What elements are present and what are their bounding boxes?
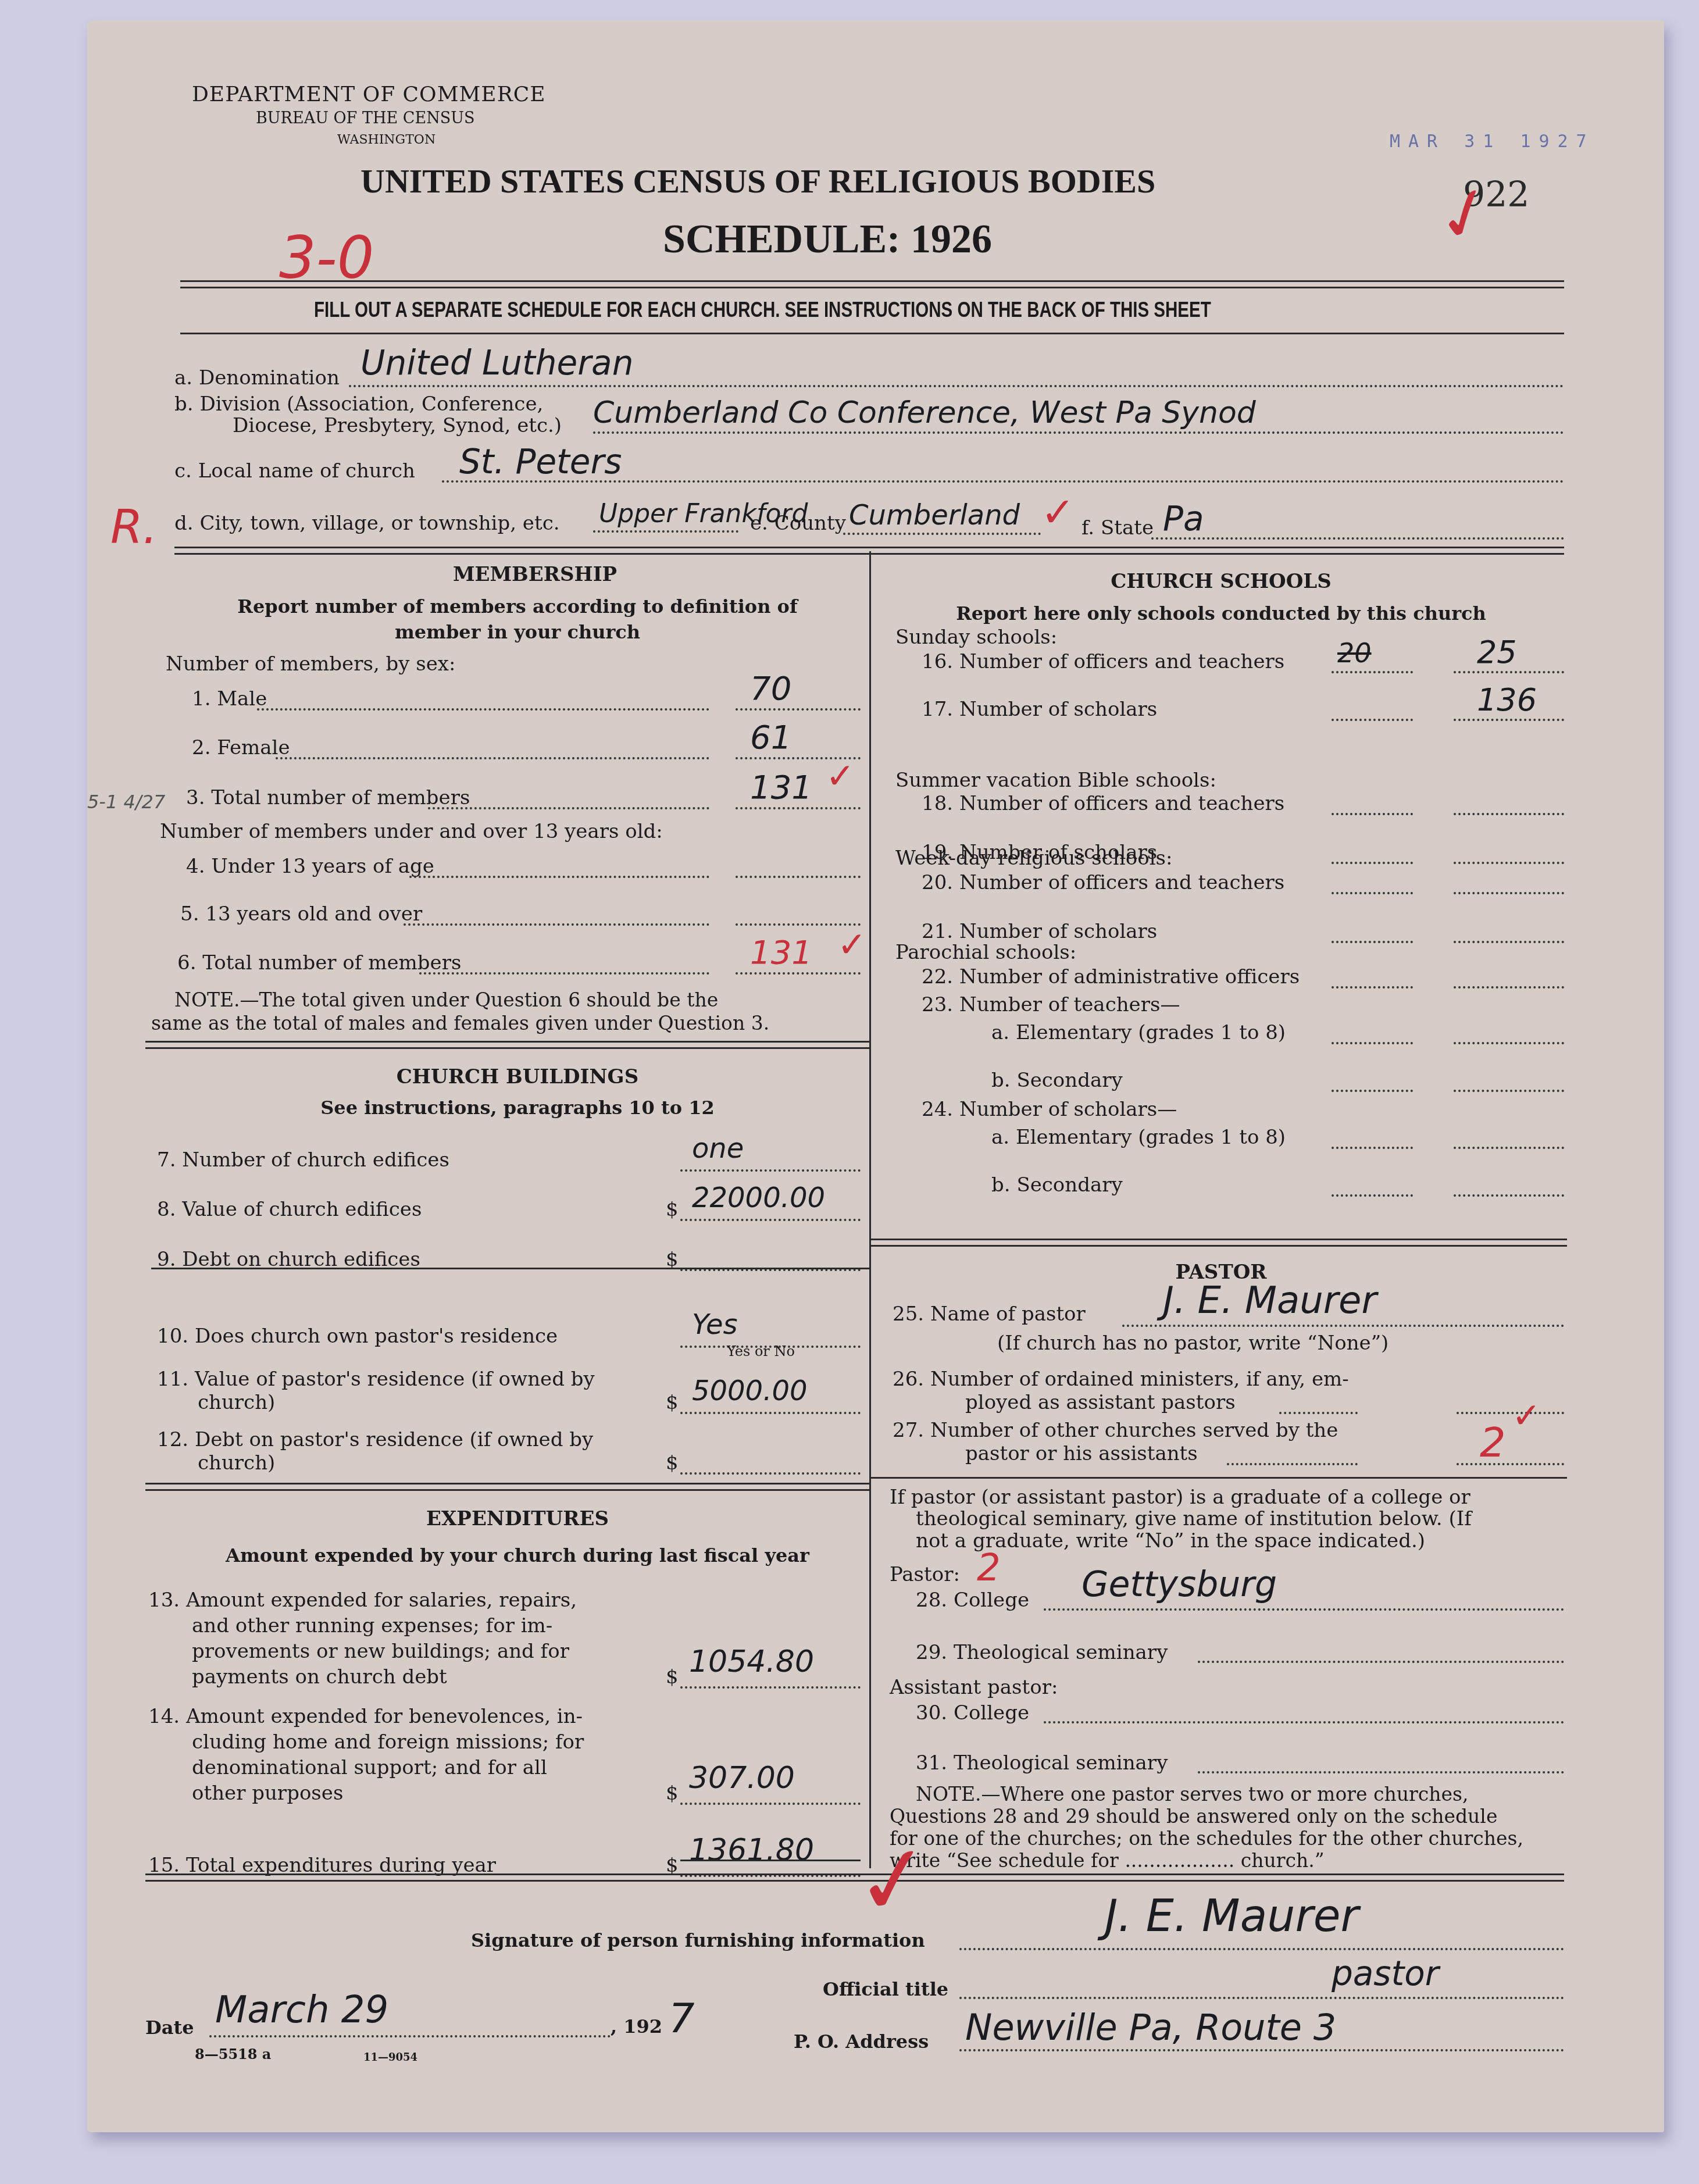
school-item-label: 17. Number of scholars	[922, 698, 1157, 721]
assistant-college-label: 30. College	[916, 1701, 1029, 1725]
membership-item-field[interactable]	[736, 807, 861, 809]
other-churches-label-1: 27. Number of other churches served by t…	[893, 1419, 1338, 1442]
expenditure-item-label: 13. Amount expended for salaries, repair…	[148, 1589, 577, 1612]
checkmark-icon: ✓	[1512, 1396, 1541, 1436]
building-item-label: 10. Does church own pastor's residence	[157, 1325, 558, 1348]
official-title-field[interactable]	[959, 1997, 1564, 1999]
currency-sign: $	[666, 1198, 679, 1221]
margin-r-mark: R.	[110, 500, 158, 554]
county-label: e. County	[750, 512, 846, 535]
school-item-label: b. Secondary	[991, 1173, 1123, 1197]
county-field[interactable]	[843, 533, 1041, 535]
college-label: 28. College	[916, 1589, 1029, 1612]
expenditure-item-field[interactable]	[680, 1686, 861, 1689]
pastor-name-value[interactable]: J. E. Maurer	[1163, 1279, 1377, 1322]
church-schools-subheading: Report here only schools conducted by th…	[872, 602, 1570, 624]
membership-item-label: 6. Total number of members	[177, 951, 461, 975]
assistant-seminary-label: 31. Theological seminary	[916, 1751, 1168, 1775]
leader-dots	[1332, 671, 1413, 673]
school-item-field[interactable]	[1454, 1042, 1564, 1044]
building-item-value[interactable]: 5000.00	[692, 1375, 808, 1407]
membership-item-label: 3. Total number of members	[186, 786, 470, 809]
expenditures-heading: EXPENDITURES	[174, 1507, 861, 1530]
building-item-value[interactable]: 22000.00	[692, 1182, 825, 1214]
sum-line	[680, 1860, 861, 1861]
leader-dots	[428, 807, 709, 809]
checkmark-icon: ✓	[1041, 488, 1075, 536]
school-item-value[interactable]: 136	[1477, 681, 1537, 718]
school-item-field[interactable]	[1454, 813, 1564, 815]
membership-item-label: 5. 13 years old and over	[180, 902, 422, 926]
pastor-note-3: for one of the churches; on the schedule…	[890, 1827, 1523, 1850]
leader-dots	[1227, 1463, 1358, 1465]
expenditure-item-value[interactable]: 1054.80	[689, 1644, 814, 1679]
school-item-label: 20. Number of officers and teachers	[922, 871, 1284, 894]
county-value[interactable]: Cumberland	[849, 499, 1020, 531]
school-item-label: a. Elementary (grades 1 to 8)	[991, 1021, 1286, 1044]
leader-dots	[1332, 1147, 1413, 1149]
assistant-ministers-label-1: 26. Number of ordained ministers, if any…	[893, 1368, 1349, 1391]
leader-dots	[404, 923, 709, 926]
membership-item-value[interactable]: 131	[750, 934, 812, 972]
official-title-label: Official title	[823, 1978, 948, 2000]
school-item-field[interactable]	[1454, 892, 1564, 894]
leader-dots	[1332, 862, 1413, 864]
currency-sign: $	[666, 1391, 679, 1414]
building-item-label: 8. Value of church edifices	[157, 1198, 422, 1221]
leader-dots	[1332, 1042, 1413, 1044]
currency-sign: $	[666, 1665, 679, 1689]
checkmark-icon: ✓	[848, 1821, 940, 1940]
building-item-value[interactable]: Yes	[692, 1308, 738, 1341]
school-item-label: 24. Number of scholars—	[922, 1098, 1177, 1121]
pastor-note-4: write “See schedule for ................…	[890, 1849, 1325, 1872]
state-value[interactable]: Pa	[1163, 499, 1204, 538]
other-churches-field[interactable]	[1457, 1463, 1564, 1465]
division-label-2: Diocese, Presbytery, Synod, etc.)	[233, 414, 562, 437]
membership-note-1: NOTE.—The total given under Question 6 s…	[174, 988, 718, 1011]
school-item-label: b. Secondary	[991, 1069, 1123, 1092]
building-item-label-cont: church)	[198, 1451, 275, 1475]
church-schools-heading: CHURCH SCHOOLS	[872, 570, 1570, 593]
leader-dots	[1332, 1194, 1413, 1197]
division-field[interactable]	[593, 431, 1564, 434]
building-item-label-cont: church)	[198, 1391, 275, 1414]
divider	[869, 1477, 1567, 1479]
leader-dots	[1332, 941, 1413, 943]
assistant-ministers-field[interactable]	[1457, 1412, 1564, 1414]
school-item-label: 16. Number of officers and teachers	[922, 650, 1284, 673]
expenditure-item-field[interactable]	[680, 1803, 861, 1805]
pastor-note-2: Questions 28 and 29 should be answered o…	[890, 1805, 1497, 1828]
denomination-value[interactable]: United Lutheran	[360, 343, 633, 383]
graduate-instructions-2: theological seminary, give name of insti…	[916, 1507, 1472, 1530]
leader-dots	[1332, 1090, 1413, 1092]
school-item-label: 21. Number of scholars	[922, 920, 1157, 943]
currency-sign: $	[666, 1782, 679, 1805]
school-group-label: Sunday schools:	[895, 626, 1057, 649]
expenditure-item-label: and other running expenses; for im-	[192, 1614, 552, 1637]
schools-divider	[869, 1239, 1567, 1247]
print-code: 11—9054	[363, 2051, 417, 2064]
received-date-stamp: MAR 31 1927	[1390, 131, 1595, 152]
leader-dots	[409, 876, 709, 878]
official-title-value[interactable]: pastor	[1332, 1954, 1439, 1993]
building-item-value[interactable]: one	[692, 1132, 744, 1165]
school-item-label: 22. Number of administrative officers	[922, 965, 1300, 988]
leader-dots	[1332, 892, 1413, 894]
building-item-field[interactable]	[680, 1219, 861, 1221]
school-item-field[interactable]	[1454, 1147, 1564, 1149]
building-item-field[interactable]	[680, 1169, 861, 1172]
expenditure-item-label: payments on church debt	[192, 1665, 447, 1689]
seminary-field[interactable]	[1198, 1661, 1564, 1663]
school-item-field[interactable]	[1454, 671, 1564, 673]
school-group-label: Summer vacation Bible schools:	[895, 769, 1216, 792]
divider	[151, 1268, 869, 1269]
school-item-field[interactable]	[1454, 1090, 1564, 1092]
assistant-college-field[interactable]	[1044, 1721, 1564, 1723]
membership-item-field[interactable]	[736, 708, 861, 711]
membership-subheading-2: member in your church	[174, 621, 861, 643]
signature-label: Signature of person furnishing informati…	[471, 1929, 925, 1951]
division-label-1: b. Division (Association, Conference,	[174, 392, 543, 416]
form-code: 8—5518 a	[195, 2046, 271, 2062]
membership-item-field[interactable]	[736, 972, 861, 975]
school-item-field[interactable]	[1454, 862, 1564, 864]
expenditure-item-value[interactable]: 1361.80	[689, 1833, 814, 1868]
school-item-label: 19. Number of scholars	[922, 841, 1157, 864]
city-town-field[interactable]	[593, 530, 738, 533]
expenditure-item-label: other purposes	[192, 1782, 343, 1805]
pastor-subsection-label: Pastor:	[890, 1563, 960, 1586]
assistant-ministers-label-2: ployed as assistant pastors	[965, 1391, 1236, 1414]
pastor-name-field[interactable]	[1122, 1325, 1564, 1327]
schedule-title: SCHEDULE: 1926	[663, 216, 992, 263]
leader-dots	[1332, 813, 1413, 815]
other-churches-value[interactable]: 2	[1480, 1419, 1506, 1466]
school-item-label: a. Elementary (grades 1 to 8)	[991, 1126, 1286, 1149]
po-address-field[interactable]	[959, 2049, 1564, 2051]
graduate-instructions-1: If pastor (or assistant pastor) is a gra…	[890, 1486, 1470, 1509]
denomination-field[interactable]	[349, 385, 1564, 387]
membership-item-label: 4. Under 13 years of age	[186, 855, 434, 878]
church-buildings-subheading: See instructions, paragraphs 10 to 12	[174, 1097, 861, 1119]
struck-value: 20	[1337, 637, 1372, 669]
college-field[interactable]	[1044, 1608, 1564, 1611]
membership-subheading-1: Report number of members according to de…	[174, 595, 861, 618]
pastor-name-label: 25. Name of pastor	[893, 1302, 1086, 1326]
membership-heading: MEMBERSHIP	[273, 563, 797, 586]
instructions-banner: FILL OUT A SEPARATE SCHEDULE FOR EACH CH…	[314, 298, 1211, 322]
checkmark-icon: ✓	[826, 756, 855, 797]
membership-item-field[interactable]	[736, 876, 861, 878]
signature-field[interactable]	[959, 1948, 1564, 1950]
church-buildings-heading: CHURCH BUILDINGS	[174, 1065, 861, 1089]
column-divider	[869, 551, 871, 1868]
school-item-label: 18. Number of officers and teachers	[922, 792, 1284, 815]
by-sex-label: Number of members, by sex:	[166, 652, 455, 676]
membership-divider	[145, 1041, 869, 1049]
expenditure-item-value[interactable]: 307.00	[689, 1761, 795, 1796]
date-field[interactable]	[209, 2035, 611, 2037]
expenditure-item-label: denominational support; and for all	[192, 1756, 547, 1779]
date-value[interactable]: March 29	[215, 1989, 388, 2032]
signature-value[interactable]: J. E. Maurer	[1105, 1890, 1359, 1942]
leader-dots	[1332, 719, 1413, 721]
school-item-field[interactable]	[1454, 986, 1564, 988]
membership-item-value[interactable]: 61	[750, 719, 791, 756]
city-town-label: d. City, town, village, or township, etc…	[174, 512, 560, 535]
building-item-label: 11. Value of pastor's residence (if owne…	[157, 1368, 595, 1391]
year-prefix: , 192	[611, 2015, 662, 2037]
leader-dots	[1279, 1412, 1358, 1414]
membership-note-2: same as the total of males and females g…	[151, 1012, 769, 1034]
pastor-note-1: NOTE.—Where one pastor serves two or mor…	[916, 1783, 1469, 1805]
year-value[interactable]: 7	[669, 1994, 695, 2042]
building-item-field[interactable]	[680, 1472, 861, 1475]
division-value[interactable]: Cumberland Co Conference, West Pa Synod	[593, 395, 1256, 430]
divider	[180, 333, 1564, 334]
membership-item-label: 1. Male	[192, 687, 267, 711]
leader-dots	[1332, 986, 1413, 988]
membership-item-value[interactable]: 70	[750, 670, 791, 708]
assistant-pastor-label: Assistant pastor:	[890, 1676, 1058, 1699]
header-divider	[180, 280, 1564, 288]
local-name-value[interactable]: St. Peters	[459, 442, 622, 481]
building-item-label: 7. Number of church edifices	[157, 1148, 449, 1172]
checkmark-icon: ✓	[837, 925, 866, 965]
seminary-label: 29. Theological seminary	[916, 1641, 1168, 1664]
assistant-seminary-field[interactable]	[1198, 1771, 1564, 1773]
school-item-field[interactable]	[1454, 1194, 1564, 1197]
expenditure-item-label: provements or new buildings; and for	[192, 1640, 569, 1663]
currency-sign: $	[666, 1451, 679, 1475]
by-age-label: Number of members under and over 13 year…	[160, 820, 663, 843]
membership-item-value[interactable]: 131	[750, 769, 812, 806]
building-item-label: 12. Debt on pastor's residence (if owned…	[157, 1428, 593, 1451]
school-item-field[interactable]	[1454, 719, 1564, 721]
school-item-label: 23. Number of teachers—	[922, 993, 1180, 1016]
form-title: UNITED STATES CENSUS OF RELIGIOUS BODIES	[360, 162, 1155, 201]
school-item-field[interactable]	[1454, 941, 1564, 943]
yes-no-hint: Yes or No	[727, 1343, 795, 1359]
expenditure-item-label: 14. Amount expended for benevolences, in…	[148, 1705, 583, 1728]
buildings-divider	[145, 1483, 869, 1491]
membership-item-label: 2. Female	[192, 736, 290, 759]
leader-dots	[419, 972, 709, 975]
department-label: DEPARTMENT OF COMMERCE	[192, 83, 546, 106]
margin-note: 5-1 4/27	[87, 791, 165, 813]
date-label: Date	[145, 2017, 194, 2039]
bureau-label: BUREAU OF THE CENSUS	[256, 109, 475, 127]
college-value[interactable]: Gettysburg	[1081, 1564, 1277, 1605]
state-field[interactable]	[1151, 537, 1564, 540]
denomination-label: a. Denomination	[174, 366, 340, 390]
po-address-value[interactable]: Newville Pa, Route 3	[965, 2006, 1336, 2049]
school-group-label: Parochial schools:	[895, 941, 1076, 964]
local-name-label: c. Local name of church	[174, 459, 415, 483]
other-churches-label-2: pastor or his assistants	[965, 1442, 1198, 1465]
expenditures-subheading: Amount expended by your church during la…	[174, 1544, 861, 1566]
pastor-mark: 2	[977, 1547, 1001, 1590]
city-label: WASHINGTON	[337, 133, 436, 147]
po-address-label: P. O. Address	[794, 2030, 929, 2053]
expenditure-item-label: cluding home and foreign missions; for	[192, 1730, 584, 1754]
pastor-none-hint: (If church has no pastor, write “None”)	[997, 1332, 1389, 1355]
leader-dots	[276, 757, 709, 759]
school-item-value[interactable]: 25	[1477, 634, 1517, 670]
building-item-field[interactable]	[680, 1412, 861, 1414]
leader-dots	[257, 708, 709, 711]
state-label: f. State	[1081, 516, 1154, 540]
